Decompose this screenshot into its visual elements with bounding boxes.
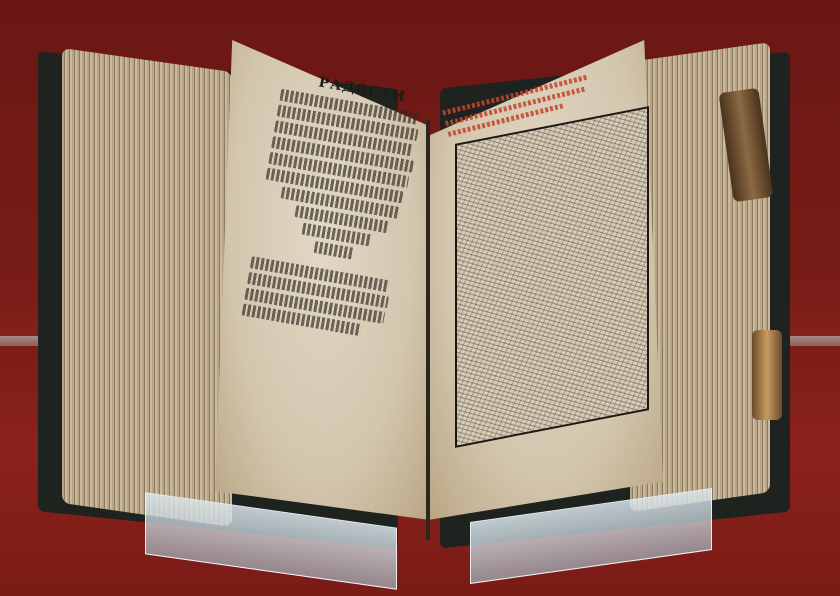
woodcut-illustration bbox=[455, 106, 649, 448]
metal-clasp-bottom bbox=[752, 330, 782, 420]
page-edges-left bbox=[62, 48, 232, 527]
photo-scene: РАДОСТИ An open antique printed book wit… bbox=[0, 0, 840, 596]
book-gutter bbox=[426, 120, 430, 540]
